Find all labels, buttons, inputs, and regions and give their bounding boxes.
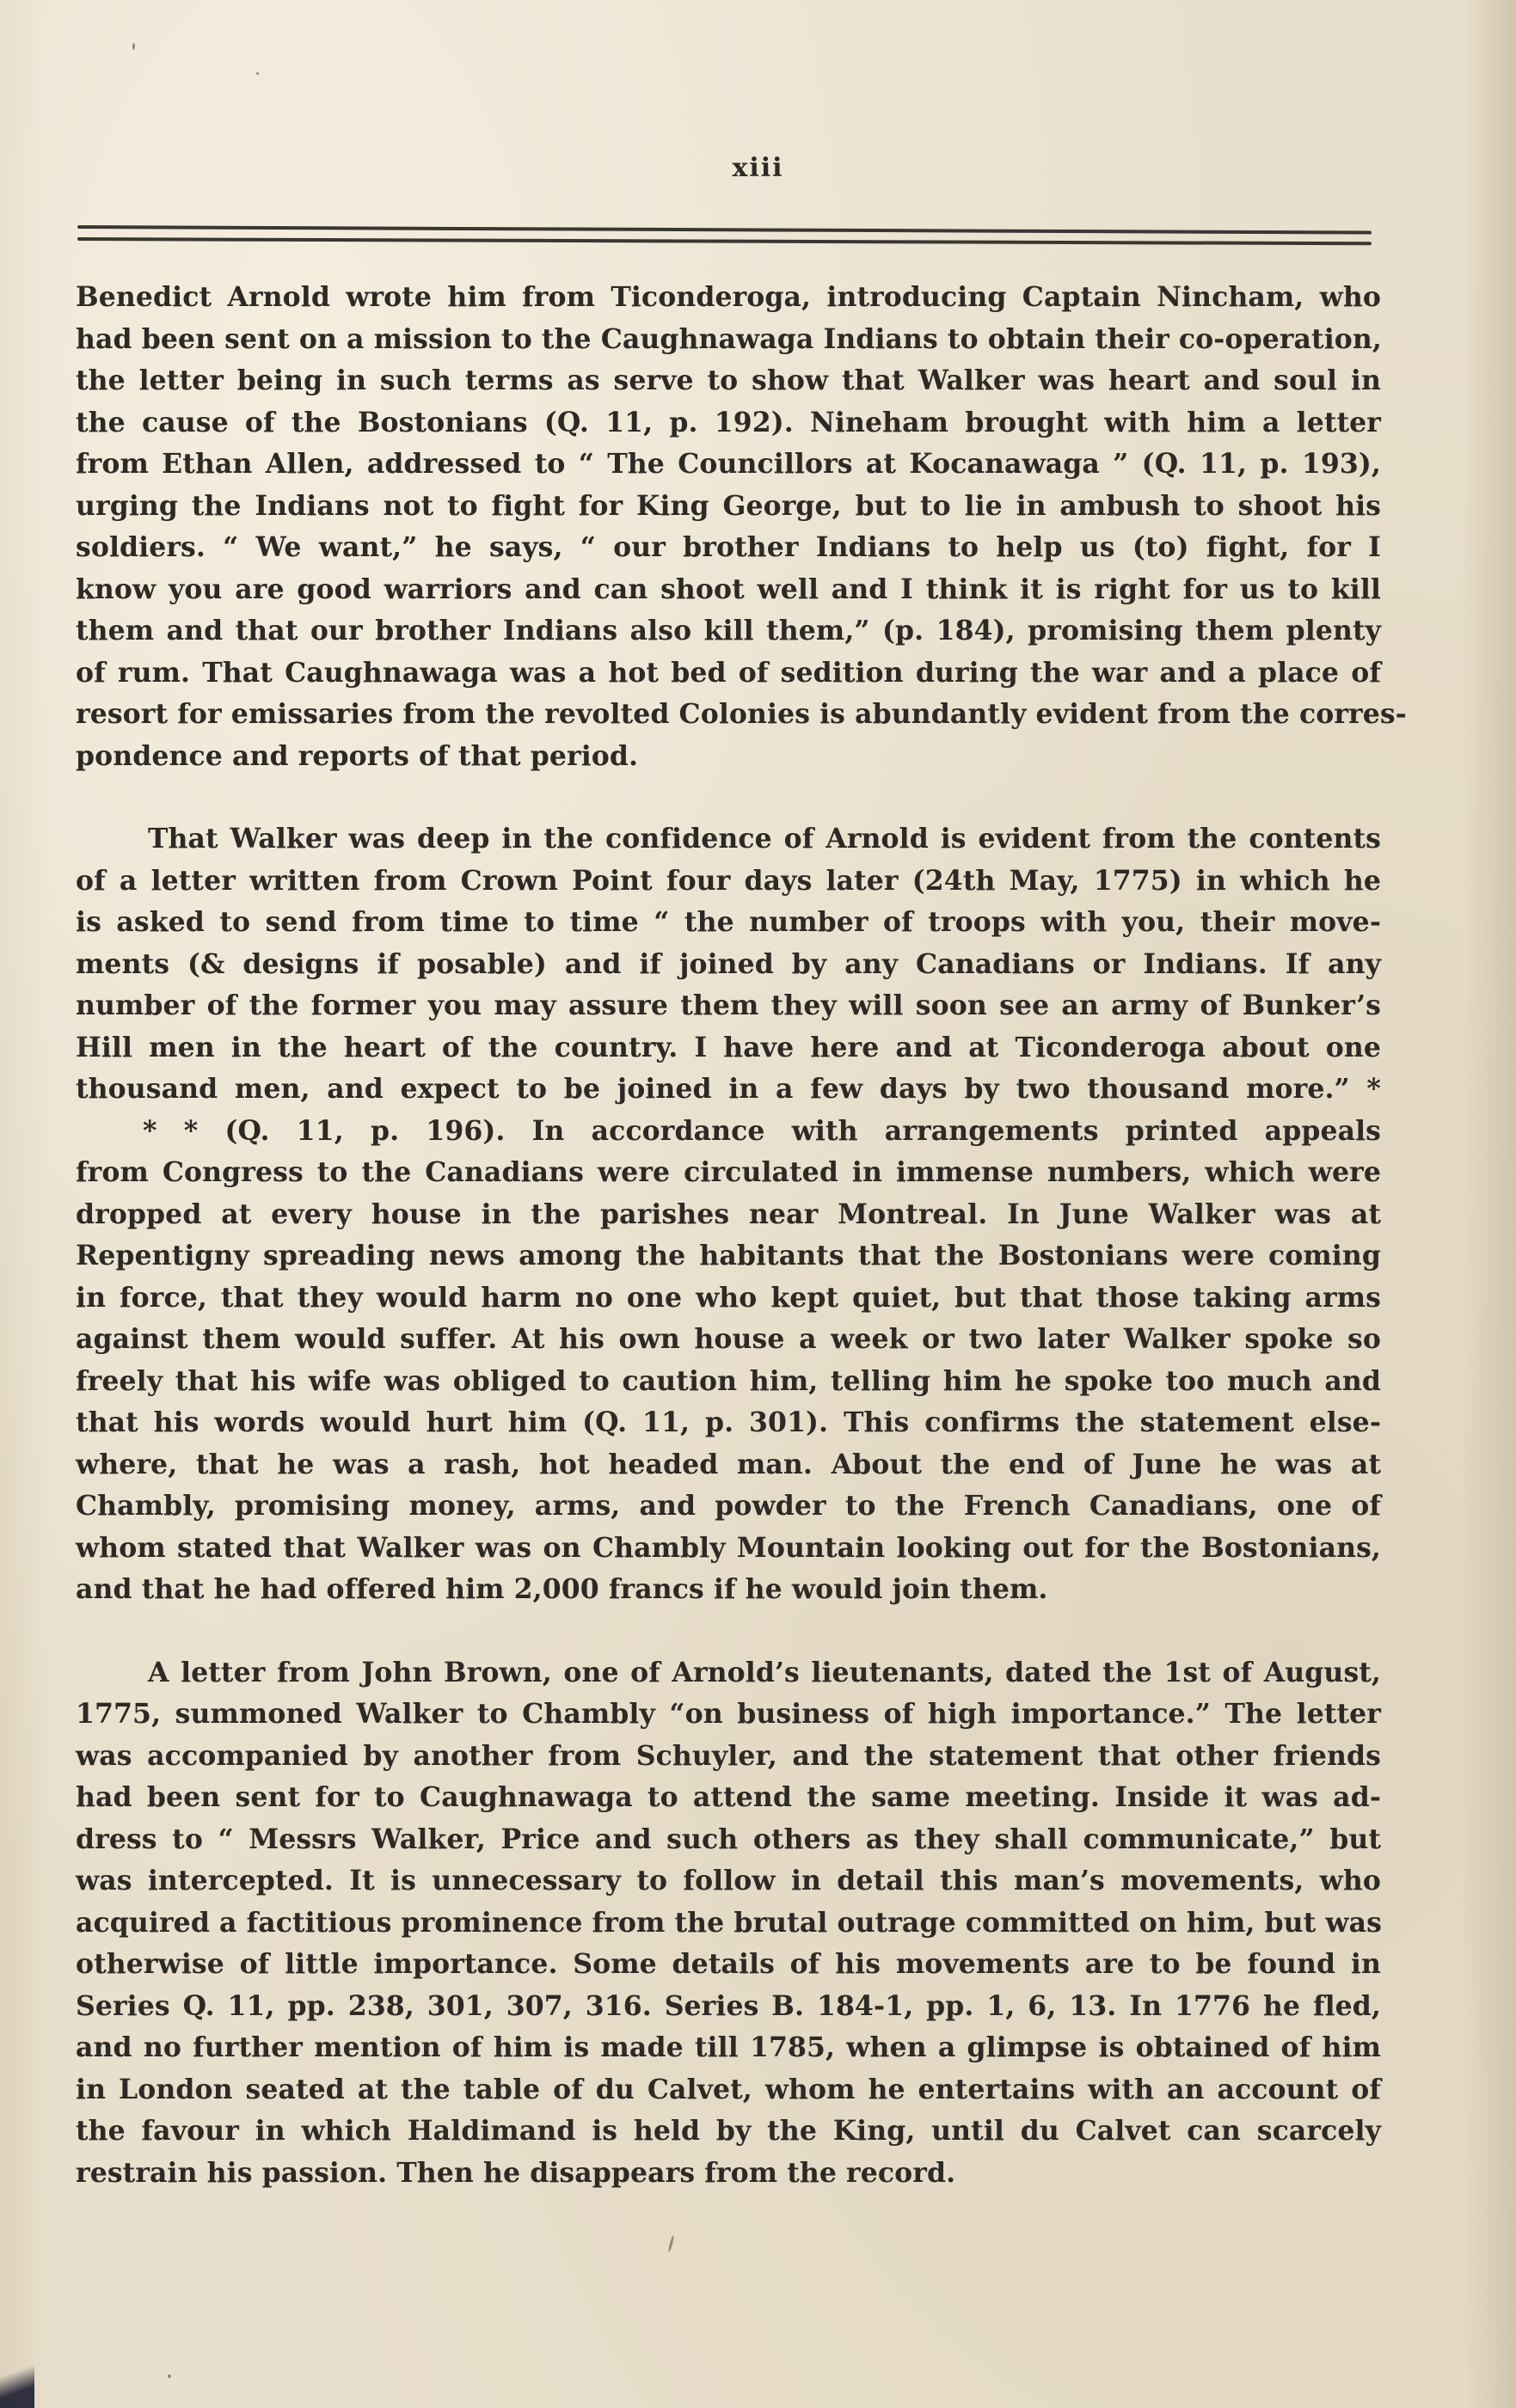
text-line: in London seated at the table of du Calv… — [76, 2069, 1381, 2111]
page-corner-fold — [0, 2348, 34, 2408]
paragraph-1: Benedict Arnold wrote him from Ticondero… — [76, 277, 1381, 777]
text-line: that his words would hurt him (Q. 11, p.… — [76, 1402, 1381, 1444]
text-line: the letter being in such terms as serve … — [76, 360, 1381, 402]
page-number: xiii — [0, 153, 1516, 183]
body-text: Benedict Arnold wrote him from Ticondero… — [76, 277, 1381, 2194]
text-line: Series Q. 11, pp. 238, 301, 307, 316. Se… — [76, 1986, 1381, 2028]
paper-speck — [132, 43, 135, 50]
text-line: Hill men in the heart of the country. I … — [76, 1027, 1381, 1069]
text-line: 1775, summoned Walker to Chambly “on bus… — [76, 1694, 1381, 1736]
text-line: thousand men, and expect to be joined in… — [76, 1069, 1381, 1111]
text-line: * * (Q. 11, p. 196). In accordance with … — [76, 1111, 1381, 1153]
text-line: freely that his wife was obliged to caut… — [76, 1361, 1381, 1403]
paper-speck — [168, 2374, 171, 2378]
text-line: acquired a factitious prominence from th… — [76, 1903, 1381, 1945]
paper-speck — [667, 2235, 674, 2252]
text-line: where, that he was a rash, hot headed ma… — [76, 1444, 1381, 1486]
text-line: Chambly, promising money, arms, and powd… — [76, 1486, 1381, 1528]
text-line: urging the Indians not to fight for King… — [76, 486, 1381, 528]
text-line: them and that our brother Indians also k… — [76, 610, 1381, 653]
text-line: was accompanied by another from Schuyler… — [76, 1736, 1381, 1778]
document-page: xiii Benedict Arnold wrote him from Tico… — [0, 0, 1516, 2408]
paper-speck — [256, 72, 259, 75]
text-line: resort for emissaries from the revolted … — [76, 694, 1381, 736]
text-line: dropped at every house in the parishes n… — [76, 1194, 1381, 1236]
text-line: otherwise of little importance. Some det… — [76, 1944, 1381, 1986]
header-rule-top — [77, 225, 1372, 235]
text-line: whom stated that Walker was on Chambly M… — [76, 1528, 1381, 1570]
text-line: pondence and reports of that period. — [76, 736, 1381, 778]
text-line: of rum. That Caughnawaga was a hot bed o… — [76, 653, 1381, 695]
text-line: A letter from John Brown, one of Arnold’… — [76, 1652, 1381, 1694]
paragraph-3: A letter from John Brown, one of Arnold’… — [76, 1652, 1381, 2195]
text-line: know you are good warriors and can shoot… — [76, 569, 1381, 611]
header-rule-bottom — [77, 237, 1372, 245]
text-line: the cause of the Bostonians (Q. 11, p. 1… — [76, 402, 1381, 444]
text-line: is asked to send from time to time “ the… — [76, 902, 1381, 944]
text-line: from Ethan Allen, addressed to “ The Cou… — [76, 444, 1381, 486]
text-line: soldiers. “ We want,” he says, “ our bro… — [76, 527, 1381, 569]
text-line: Repentigny spreading news among the habi… — [76, 1235, 1381, 1278]
text-line: Benedict Arnold wrote him from Ticondero… — [76, 277, 1381, 319]
text-line: had been sent on a mission to the Caughn… — [76, 319, 1381, 361]
text-line: in force, that they would harm no one wh… — [76, 1278, 1381, 1320]
text-line: ments (& designs if posable) and if join… — [76, 944, 1381, 986]
text-line: and that he had offered him 2,000 francs… — [76, 1569, 1381, 1611]
text-line: of a letter written from Crown Point fou… — [76, 861, 1381, 903]
text-line: was intercepted. It is unnecessary to fo… — [76, 1860, 1381, 1903]
text-line: had been sent for to Caughnawaga to atte… — [76, 1777, 1381, 1819]
text-line: against them would suffer. At his own ho… — [76, 1319, 1381, 1361]
text-line: restrain his passion. Then he disappears… — [76, 2153, 1381, 2195]
text-line: from Congress to the Canadians were circ… — [76, 1152, 1381, 1194]
text-line: number of the former you may assure them… — [76, 985, 1381, 1027]
text-line: That Walker was deep in the confidence o… — [76, 818, 1381, 861]
text-line: dress to “ Messrs Walker, Price and such… — [76, 1819, 1381, 1861]
text-line: and no further mention of him is made ti… — [76, 2027, 1381, 2069]
text-line: the favour in which Haldimand is held by… — [76, 2111, 1381, 2153]
paragraph-2: That Walker was deep in the confidence o… — [76, 818, 1381, 1611]
